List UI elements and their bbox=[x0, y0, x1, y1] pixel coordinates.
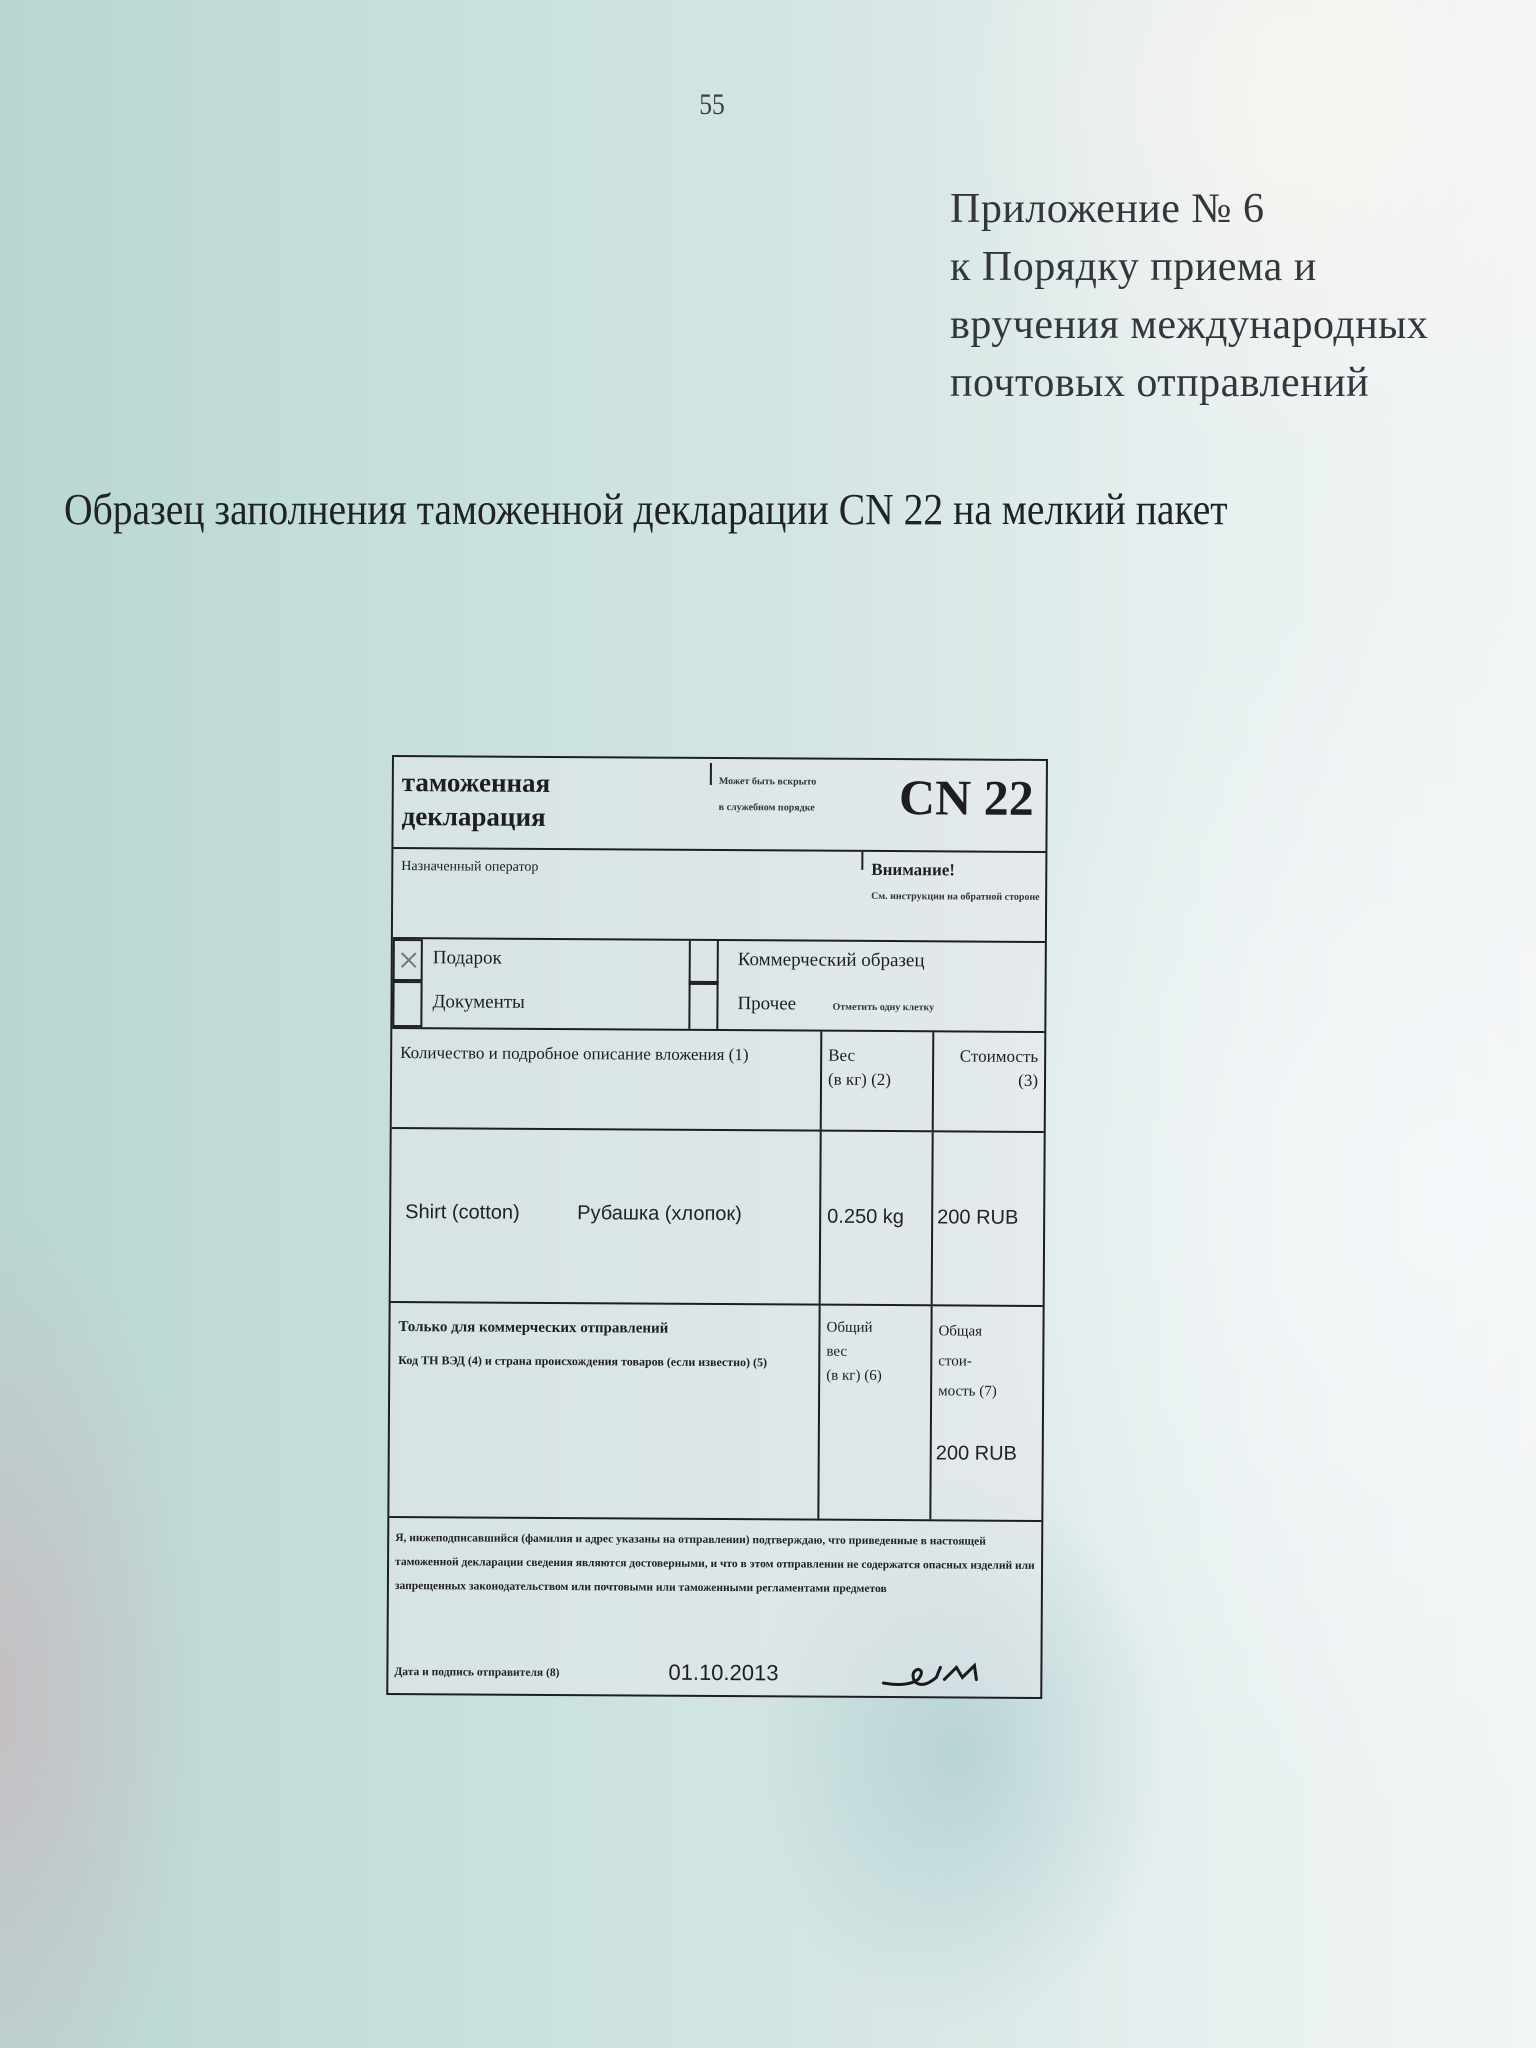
signature-date: 01.10.2013 bbox=[668, 1660, 778, 1687]
postal-note-line: в служебном порядке bbox=[719, 795, 817, 822]
description-header: Количество и подробное описание вложения… bbox=[400, 1041, 800, 1067]
operator-label: Назначенный оператор bbox=[401, 859, 538, 876]
total-value-header-line: мость (7) bbox=[938, 1376, 997, 1406]
total-weight-header: Общий вес (в кг) (6) bbox=[826, 1316, 882, 1388]
weight-header-line: Вес bbox=[828, 1044, 891, 1068]
form-code: CN 22 bbox=[899, 768, 1034, 827]
appendix-line: Приложение № 6 bbox=[950, 180, 1428, 238]
column-divider bbox=[931, 1132, 934, 1304]
postal-note-line: Может быть вскрыто bbox=[719, 769, 817, 796]
value-header: Стоимость (3) bbox=[940, 1044, 1038, 1093]
document-title: Образец заполнения таможенной декларации… bbox=[64, 484, 1228, 535]
postal-note: Может быть вскрыто в служебном порядке bbox=[719, 769, 817, 822]
attention-note: См. инструкции на обратной стороне bbox=[871, 886, 1041, 909]
handwritten-signature bbox=[878, 1653, 988, 1694]
total-value-header-line: Общая bbox=[938, 1316, 997, 1346]
commercial-row: Только для коммерческих отправлений Код … bbox=[389, 1303, 1042, 1522]
value-header-line: Стоимость bbox=[940, 1044, 1038, 1069]
total-value-header-line: стои- bbox=[938, 1346, 997, 1376]
weight-header: Вес (в кг) (2) bbox=[828, 1044, 891, 1092]
commercial-title: Только для коммерческих отправлений bbox=[398, 1315, 668, 1341]
attention-label: Внимание! bbox=[871, 860, 955, 881]
form-title-line: декларация bbox=[402, 799, 551, 834]
declaration-text: Я, нижеподписавшийся (фамилия и адрес ук… bbox=[395, 1526, 1035, 1602]
checkbox-commercial-sample[interactable] bbox=[689, 941, 719, 983]
total-weight-header-line: (в кг) (6) bbox=[826, 1364, 882, 1388]
checkbox-other[interactable] bbox=[688, 983, 718, 1029]
item-description-ru: Рубашка (хлопок) bbox=[577, 1202, 742, 1226]
category-commercial-sample-label: Коммерческий образец bbox=[738, 949, 925, 972]
category-other-label: Прочее bbox=[737, 993, 796, 1015]
item-weight: 0.250 kg bbox=[827, 1206, 904, 1229]
column-divider bbox=[929, 1306, 932, 1519]
items-header-row: Количество и подробное описание вложения… bbox=[392, 1029, 1045, 1133]
item-value: 200 RUB bbox=[937, 1206, 1018, 1229]
operator-row: Назначенный оператор Внимание! См. инстр… bbox=[393, 849, 1046, 943]
item-description-en: Shirt (cotton) bbox=[405, 1201, 520, 1225]
column-divider bbox=[817, 1306, 820, 1519]
page-number: 55 bbox=[699, 88, 725, 122]
checkbox-documents[interactable] bbox=[392, 981, 422, 1027]
weight-header-line: (в кг) (2) bbox=[828, 1068, 891, 1092]
category-row: Подарок Документы Коммерческий образец П… bbox=[392, 939, 1045, 1033]
appendix-heading: Приложение № 6 к Порядку приема и вручен… bbox=[950, 180, 1428, 412]
category-gift-label: Подарок bbox=[433, 947, 502, 969]
column-divider bbox=[820, 1032, 823, 1130]
corner-mark bbox=[710, 763, 716, 785]
category-documents-label: Документы bbox=[432, 991, 525, 1014]
hs-code-label: Код ТН ВЭД (4) и страна происхождения то… bbox=[398, 1347, 798, 1375]
total-weight-header-line: Общий bbox=[826, 1316, 882, 1340]
cn22-form: таможенная декларация Может быть вскрыто… bbox=[386, 755, 1048, 1699]
form-title-line: таможенная bbox=[402, 765, 551, 800]
appendix-line: вручения международных bbox=[950, 296, 1428, 354]
form-header-row: таможенная декларация Может быть вскрыто… bbox=[393, 757, 1046, 853]
checkbox-gift[interactable] bbox=[393, 939, 423, 981]
column-divider bbox=[932, 1032, 935, 1130]
corner-mark bbox=[861, 852, 863, 870]
category-note: Отметить одну клетку bbox=[832, 1002, 934, 1014]
appendix-line: почтовых отправлений bbox=[950, 354, 1428, 412]
appendix-line: к Порядку приема и bbox=[950, 238, 1428, 296]
declaration-row: Я, нижеподписавшийся (фамилия и адрес ук… bbox=[388, 1518, 1041, 1697]
total-value-header: Общая стои- мость (7) bbox=[938, 1316, 997, 1406]
column-divider bbox=[819, 1132, 822, 1304]
form-title: таможенная декларация bbox=[402, 765, 551, 834]
value-header-line: (3) bbox=[940, 1068, 1038, 1093]
total-weight-header-line: вес bbox=[826, 1340, 882, 1364]
item-row: Shirt (cotton) Рубашка (хлопок) 0.250 kg… bbox=[391, 1129, 1044, 1307]
signature-label: Дата и подпись отправителя (8) bbox=[394, 1666, 559, 1679]
total-value: 200 RUB bbox=[936, 1442, 1017, 1465]
